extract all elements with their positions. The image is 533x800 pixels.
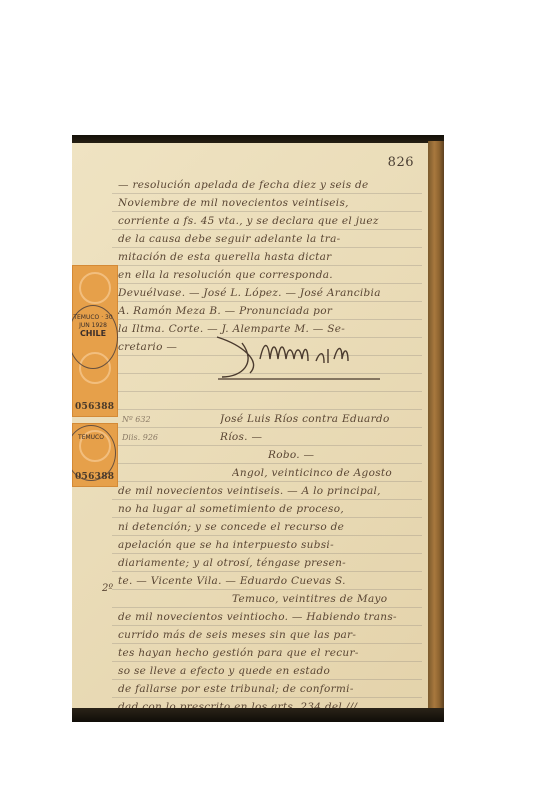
text-line: diariamente; y al otrosí, téngase presen… [118,557,418,569]
ruled-line [112,553,422,554]
ruled-line [112,625,422,626]
text-line: te. — Vicente Vila. — Eduardo Cuevas S. [118,575,418,587]
signature-flourish [212,333,392,381]
text-line: Angol, veinticinco de Agosto [232,467,418,479]
text-line: de fallarse por este tribunal; de confor… [118,683,418,695]
ruled-line [112,211,422,212]
ruled-line [112,319,422,320]
ruled-line [112,643,422,644]
entry-number: Nº 632 [122,415,151,424]
case-title: Ríos. — [220,431,418,443]
text-line: en ella la resolución que corresponda. [118,269,418,281]
text-line: ni detención; y se concede el recurso de [118,521,418,533]
ledger-photo: 826 — resolución apelada de fecha diez y… [72,135,444,722]
book-binding-edge [428,141,444,716]
ruled-line [112,193,422,194]
ledger-page: 826 — resolución apelada de fecha diez y… [72,143,428,711]
ruled-line [112,517,422,518]
ruled-line [112,607,422,608]
ruled-line [112,571,422,572]
ruled-line [112,409,422,410]
ruled-line [112,391,422,392]
text-line: so se lleve a efecto y quede en estado [118,665,418,677]
case-title: José Luis Ríos contra Eduardo [220,413,418,425]
text-line: currido más de seis meses sin que las pa… [118,629,418,641]
text-line: Temuco, veintitres de Mayo [232,593,418,605]
text-line: tes hayan hecho gestión para que el recu… [118,647,418,659]
text-line: de mil novecientos veintiseis. — A lo pr… [118,485,418,497]
ruled-line [112,589,422,590]
text-line: de la causa debe seguir adelante la tra- [118,233,418,245]
ruled-line [112,445,422,446]
text-line: de mil novecientos veintiocho. — Habiend… [118,611,418,623]
ruled-line [112,247,422,248]
ruled-line [112,535,422,536]
text-line: Noviembre de mil novecientos veintiseis, [118,197,418,209]
book-bottom-edge [72,708,444,722]
stamp-serial: 056388 [75,402,114,412]
entry-number: 2º [102,583,113,594]
text-line: — resolución apelada de fecha diez y sei… [118,179,418,191]
ruled-line [112,661,422,662]
ruled-line [112,499,422,500]
text-line: A. Ramón Meza B. — Pronunciada por [118,305,418,317]
case-subject: Robo. — [268,449,418,461]
ruled-line [112,283,422,284]
ruled-line [112,697,422,698]
ruled-line [112,679,422,680]
text-line: Devuélvase. — José L. López. — José Aran… [118,287,418,299]
stamp-emblem-icon [79,272,111,304]
page-number: 826 [388,155,414,170]
ruled-line [112,481,422,482]
text-line: corriente a fs. 45 vta., y se declara qu… [118,215,418,227]
text-line: no ha lugar al sometimiento de proceso, [118,503,418,515]
text-line: mitación de esta querella hasta dictar [118,251,418,263]
text-line: apelación que se ha interpuesto subsi- [118,539,418,551]
ruled-line [112,229,422,230]
ruled-line [112,427,422,428]
entry-reference: Diis. 926 [122,433,158,442]
ruled-line [112,463,422,464]
ruled-line [112,265,422,266]
ruled-line [112,301,422,302]
